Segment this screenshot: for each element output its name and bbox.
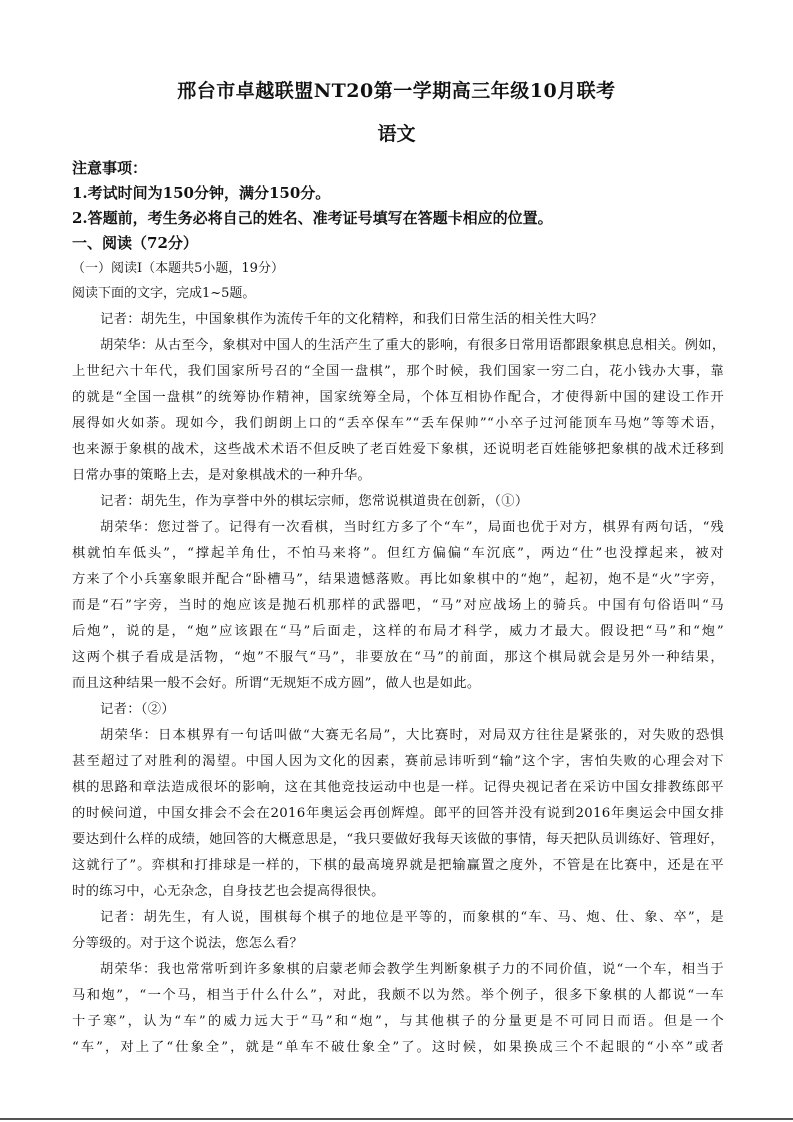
notice-heading: 注意事项： [72,156,732,181]
text-line: 棋就怕车低头”，“撑起羊角仕，不怕马来将”。但红方偏偏“车沉底”，两边“仕”也没… [72,541,724,567]
text-line: 时的练习中，心无杂念，自身技艺也会提高得很快。 [72,879,724,905]
text-line: 后炮”，说的是，“炮”应该跟在“马”后面走，这样的布局才科学，威力才最大。假设把… [72,619,724,645]
text-line: 也来源于象棋的战术，这些战术术语不但反映了老百姓爱下象棋，还说明老百姓能够把象棋… [72,437,724,463]
paragraph-hu-a2: 胡荣华：您过誉了。记得有一次看棋，当时红方多了个“车”，局面也优于对方，棋界有两… [72,515,724,697]
text-line: 记者：胡先生，有人说，围棋每个棋子的地位是平等的，而象棋的“车、马、炮、仕、象、… [72,905,724,931]
text-line: “车”，对上了“仕象全”，就是“单车不破仕象全”了。这时候，如果换成三个不起眼的… [72,1035,724,1061]
text-line: 而且这种结果一般不会好。所谓“无规矩不成方圆”，做人也是如此。 [72,671,724,697]
paragraph-hu-a1: 胡荣华：从古至今，象棋对中国人的生活产生了重大的影响，有很多日常用语都跟象棋息息… [72,333,724,489]
text-line: 胡荣华：我也常常听到许多象棋的启蒙老师会教学生判断象棋子力的不同价值，说“一个车… [72,957,724,983]
notice-item: 2.答题前，考生务必将自己的姓名、准考证号填写在答题卡相应的位置。 [72,206,732,231]
page-bottom-border [0,1118,793,1120]
paragraph-reporter-q3: 记者：（②） [72,697,724,723]
section-subheading: （一）阅读Ⅰ（本题共5小题，19分） [72,256,732,281]
text-line: 胡荣华：日本棋界有一句话叫做“大赛无名局”，大比赛时，对局双方往往是紧张的，对失… [72,723,724,749]
text-line: 马和炮”，“一个马，相当于什么什么”，对此，我颇不以为然。举个例子，很多下象棋的… [72,983,724,1009]
paragraph-hu-a4: 胡荣华：我也常常听到许多象棋的启蒙老师会教学生判断象棋子力的不同价值，说“一个车… [72,957,724,1061]
text-line: 记者：胡先生，作为享誉中外的棋坛宗师，您常说棋道贵在创新，（①） [72,489,724,515]
text-line: 而是“石”字旁，当时的炮应该是抛石机那样的武器吧，“马”对应战场上的骑兵。中国有… [72,593,724,619]
text-line: 分等级的。对于这个说法，您怎么看？ [72,931,724,957]
section-instruction: 阅读下面的文字，完成1~5题。 [72,281,732,306]
text-line: 上世纪六十年代，我们国家所号召的“全国一盘棋”，那个时候，我们国家一穷二白，花小… [72,359,724,385]
text-line: 胡荣华：从古至今，象棋对中国人的生活产生了重大的影响，有很多日常用语都跟象棋息息… [72,333,724,359]
text-line: 的时候问道，中国女排会不会在2016年奥运会再创辉煌。郎平的回答并没有说到201… [72,801,724,827]
text-line: 记者：胡先生，中国象棋作为流传千年的文化精粹，和我们日常生活的相关性大吗？ [72,307,724,333]
exam-subject: 语文 [0,119,793,146]
document-page: 邢台市卓越联盟NT20第一学期高三年级10月联考 语文 注意事项： 1.考试时间… [0,0,793,1120]
text-line: 记者：（②） [72,697,724,723]
text-line: 甚至超过了对胜利的渴望。中国人因为文化的因素，赛前忌讳听到“输”这个字，害怕失败… [72,749,724,775]
text-line: 日常办事的策略上去，是对象棋战术的一种升华。 [72,463,724,489]
section-heading: 一、阅读（72分） [72,231,732,256]
text-line: 十子寒”，认为“车”的威力远大于“马”和“炮”，与其他棋子的分量更是不可同日而语… [72,1009,724,1035]
text-line: 棋的思路和章法造成很坏的影响，这在其他竞技运动中也是一样。记得央视记者在采访中国… [72,775,724,801]
reading-passage: 记者：胡先生，中国象棋作为流传千年的文化精粹，和我们日常生活的相关性大吗？ 胡荣… [72,307,724,1061]
paragraph-reporter-q2: 记者：胡先生，作为享誉中外的棋坛宗师，您常说棋道贵在创新，（①） [72,489,724,515]
text-line: 的就是“全国一盘棋”的统筹协作精神，国家统筹全局，个体互相协作配合，才使得新中国… [72,385,724,411]
paragraph-hu-a3: 胡荣华：日本棋界有一句话叫做“大赛无名局”，大比赛时，对局双方往往是紧张的，对失… [72,723,724,905]
text-line: 展得如火如荼。现如今，我们朗朗上口的“丢卒保车”“丢车保帅”“小卒子过河能顶车马… [72,411,724,437]
paragraph-reporter-q4: 记者：胡先生，有人说，围棋每个棋子的地位是平等的，而象棋的“车、马、炮、仕、象、… [72,905,724,957]
exam-title: 邢台市卓越联盟NT20第一学期高三年级10月联考 [0,76,793,103]
text-line: 胡荣华：您过誉了。记得有一次看棋，当时红方多了个“车”，局面也优于对方，棋界有两… [72,515,724,541]
text-line: 这两个棋子看成是活物，“炮”不服气“马”，非要放在“马”的前面，那这个棋局就会是… [72,645,724,671]
text-line: 要达到什么样的成绩，她回答的大概意思是，“我只要做好我每天该做的事情，每天把队员… [72,827,724,853]
notice-block: 注意事项： 1.考试时间为150分钟，满分150分。 2.答题前，考生务必将自己… [72,156,732,306]
text-line: 这就行了”。弈棋和打排球是一样的，下棋的最高境界就是把输赢置之度外，不管是在比赛… [72,853,724,879]
paragraph-reporter-q1: 记者：胡先生，中国象棋作为流传千年的文化精粹，和我们日常生活的相关性大吗？ [72,307,724,333]
text-line: 方来了个小兵塞象眼并配合“卧槽马”，结果遗憾落败。再比如象棋中的“炮”，起初，炮… [72,567,724,593]
notice-item: 1.考试时间为150分钟，满分150分。 [72,181,732,206]
